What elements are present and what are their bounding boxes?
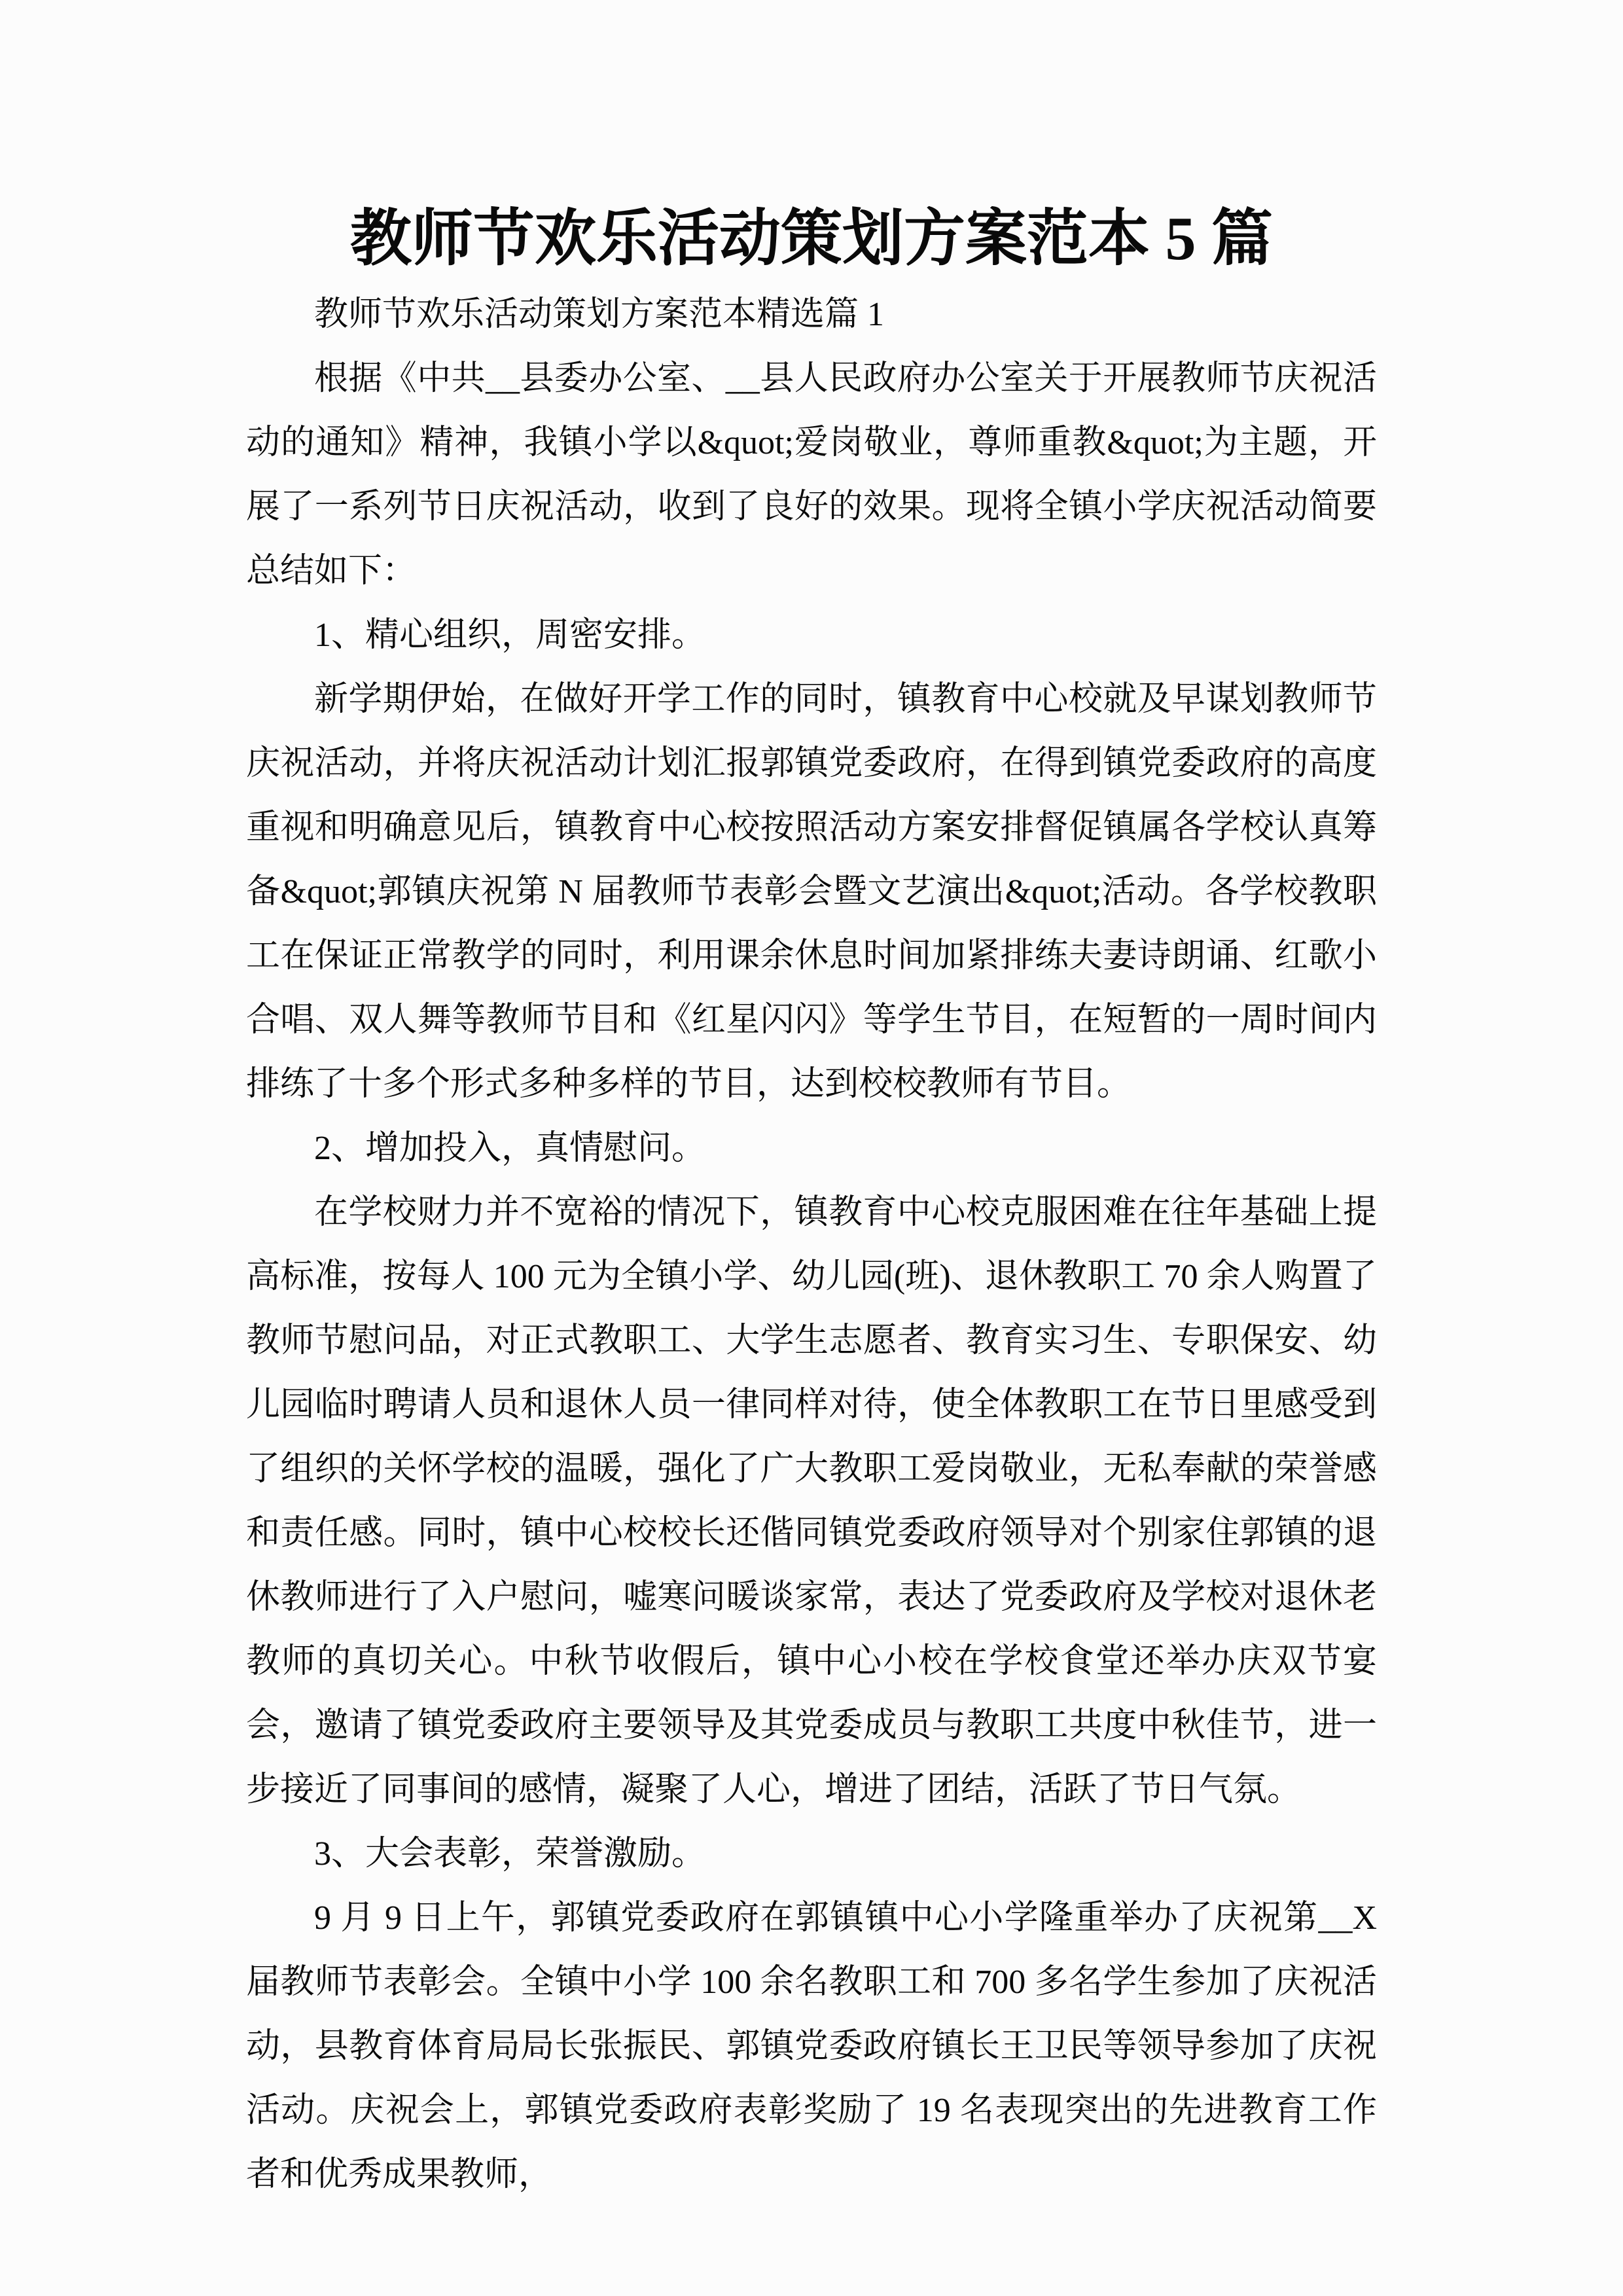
paragraph: 新学期伊始，在做好开学工作的同时，镇教育中心校就及早谋划教师节庆祝活动，并将庆祝… [246,668,1377,1117]
paragraph: 9 月 9 日上午，郭镇党委政府在郭镇镇中心小学隆重举办了庆祝第__X 届教师节… [246,1886,1377,2207]
paragraph: 教师节欢乐活动策划方案范本精选篇 1 [246,283,1377,347]
paragraph: 根据《中共__县委办公室、__县人民政府办公室关于开展教师节庆祝活动的通知》精神… [246,347,1377,603]
document-body: 教师节欢乐活动策划方案范本精选篇 1根据《中共__县委办公室、__县人民政府办公… [246,283,1377,2207]
paragraph: 1、精心组织，周密安排。 [246,603,1377,668]
paragraph: 3、大会表彰，荣誉激励。 [246,1822,1377,1886]
document-title: 教师节欢乐活动策划方案范本 5 篇 [246,195,1377,283]
document-page: 教师节欢乐活动策划方案范本 5 篇 教师节欢乐活动策划方案范本精选篇 1根据《中… [0,0,1623,2296]
paragraph: 2、增加投入，真情慰问。 [246,1117,1377,1181]
paragraph: 在学校财力并不宽裕的情况下，镇教育中心校克服困难在往年基础上提高标准，按每人 1… [246,1181,1377,1822]
